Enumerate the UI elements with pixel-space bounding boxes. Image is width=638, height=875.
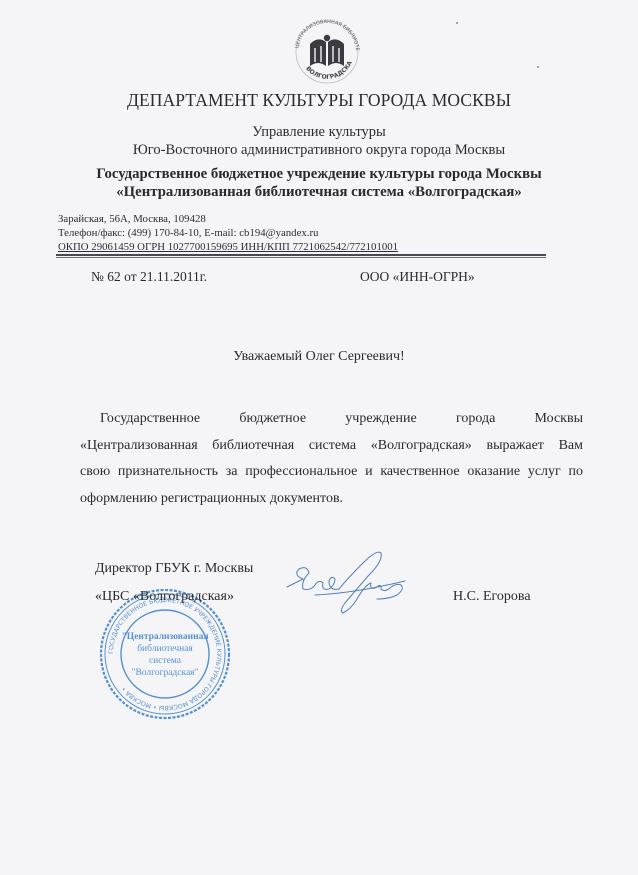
sub-department-line-2: Юго-Восточного административного округа … (0, 142, 638, 159)
letter-number-date: № 62 от 21.11.2011г. (91, 269, 207, 285)
department-title: ДЕПАРТАМЕНТ КУЛЬТУРЫ ГОРОДА МОСКВЫ (0, 90, 638, 111)
body-line: оформлению регистрационных документов. (80, 486, 583, 513)
signatory-title-line-1: Директор ГБУК г. Москвы (95, 561, 253, 577)
svg-text:библиотечная: библиотечная (137, 643, 193, 654)
greeting: Уважаемый Олег Сергеевич! (0, 349, 638, 365)
svg-text:"Волгоградская": "Волгоградская" (132, 668, 199, 678)
scan-speck (456, 22, 458, 24)
phone-email: Телефон/факс: (499) 170-84-10, E-mail: c… (58, 227, 318, 239)
letter-page: ЦЕНТРАЛИЗОВАННАЯ БИБЛИОТЕЧНАЯ СИСТЕМА ВО… (0, 0, 638, 875)
svg-text:система: система (149, 656, 182, 666)
letterhead-divider-thin (56, 257, 546, 258)
round-seal-stamp-icon: ГОСУДАРСТВЕННОЕ БЮДЖЕТНОЕ УЧРЕЖДЕНИЕ КУЛ… (98, 587, 232, 721)
svg-text:"Централизованная: "Централизованная (121, 632, 208, 642)
handwritten-signature-icon (285, 545, 410, 620)
body-line: «Централизованная библиотечная система «… (80, 433, 583, 460)
letter-body: Государственное бюджетное учреждение гор… (80, 406, 583, 512)
body-line: Государственное бюджетное учреждение гор… (80, 406, 583, 433)
body-line: свою признательность за профессиональное… (80, 459, 583, 486)
registration-codes: ОКПО 29061459 ОГРН 1027700159695 ИНН/КПП… (58, 241, 398, 253)
signatory-title-line-2: «ЦБС «Волгоградская» (95, 589, 234, 605)
address: Зарайская, 56А, Москва, 109428 (58, 213, 206, 225)
organization-name-line-1: Государственное бюджетное учреждение кул… (0, 166, 638, 183)
library-emblem-icon: ЦЕНТРАЛИЗОВАННАЯ БИБЛИОТЕЧНАЯ СИСТЕМА ВО… (288, 14, 366, 88)
recipient-organization: ООО «ИНН-ОГРН» (360, 269, 475, 285)
organization-name-line-2: «Централизованная библиотечная система «… (0, 184, 638, 201)
scan-speck (537, 66, 539, 68)
signatory-name: Н.С. Егорова (453, 589, 531, 605)
sub-department-line-1: Управление культуры (0, 124, 638, 141)
letterhead-divider (56, 254, 546, 256)
